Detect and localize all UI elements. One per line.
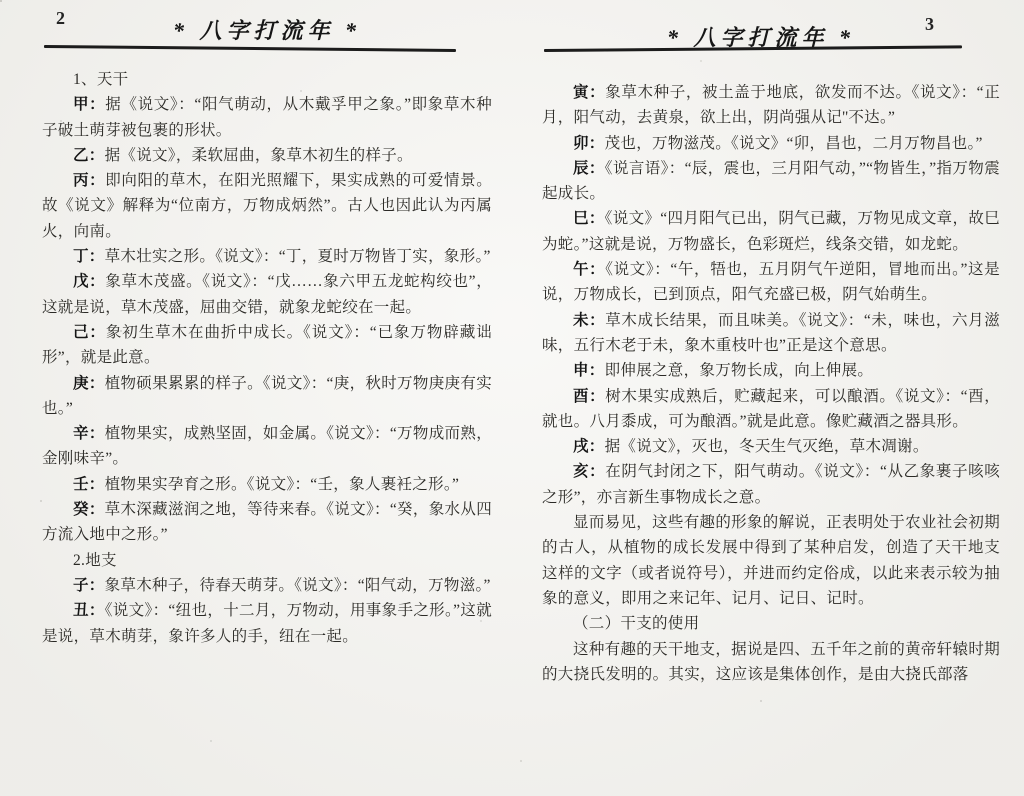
paragraph: 酉：树木果实成熟后，贮藏起来，可以酿酒。《说文》：“酉，就也。八月黍成，可为酿酒… [542, 384, 1000, 435]
paragraph: 壬：植物果实孕育之形。《说文》：“壬，象人裹衽之形。” [42, 472, 492, 497]
term-label: 己： [73, 324, 106, 341]
book-spread: 2 * 八字打流年 * 1、天干甲：据《说文》：“阳气萌动，从木戴孚甲之象。”即… [0, 0, 1024, 796]
term-label: 申： [573, 362, 605, 379]
paragraph: 巳：《说文》“四月阳气已出，阴气已藏，万物见成文章，故巳为蛇。”这就是说，万物盛… [542, 206, 1000, 257]
term-label: 午： [573, 261, 605, 278]
page-right-body: 寅：象草木种子，被土盖于地底，欲发而不达。《说文》：“正月，阳气动，去黄泉，欲上… [542, 58, 1000, 687]
paragraph: 乙：据《说文》，柔软屈曲，象草木初生的样子。 [42, 143, 492, 168]
paragraph: 申：即伸展之意，象万物长成，向上伸展。 [542, 358, 1000, 383]
paragraph: 卯：茂也，万物滋茂。《说文》“卯，昌也，二月万物昌也。” [542, 131, 1000, 156]
term-label: 壬： [73, 476, 105, 493]
paragraph: 丑：《说文》：“纽也，十二月，万物动，用事象手之形。”这就是说，草木萌芽，象许多… [42, 598, 492, 649]
page-left-body: 1、天干甲：据《说文》：“阳气萌动，从木戴孚甲之象。”即象草木种子破土萌芽被包裹… [42, 58, 492, 649]
paragraph: 寅：象草木种子，被土盖于地底，欲发而不达。《说文》：“正月，阳气动，去黄泉，欲上… [542, 80, 1000, 131]
page-left-header: 2 * 八字打流年 * [42, 0, 492, 58]
header-rule-left [44, 45, 456, 52]
paragraph: 己：象初生草木在曲折中成长。《说文》：“已象万物辟藏诎形”，就是此意。 [42, 320, 492, 371]
book-title-left: * 八字打流年 * [42, 14, 492, 45]
term-label: 丁： [73, 248, 105, 265]
paragraph: 甲：据《说文》：“阳气萌动，从木戴孚甲之象。”即象草木种子破土萌芽被包裹的形状。 [42, 92, 492, 143]
paragraph: 庚：植物硕果累累的样子。《说文》：“庚，秋时万物庚庚有实也。” [42, 371, 492, 422]
term-label: 乙： [73, 147, 105, 164]
term-label: 酉： [573, 388, 605, 405]
paragraph: 癸：草木深藏滋润之地，等待来春。《说文》：“癸，象水从四方流入地中之形。” [42, 497, 492, 548]
term-label: 辰： [573, 160, 605, 177]
paragraph: 1、天干 [42, 67, 492, 92]
paragraph: 辰：《说言语》：“辰，震也，三月阳气动，”“物皆生，”指万物震起成长。 [542, 156, 1000, 207]
term-label: 戌： [573, 438, 605, 455]
paragraph: （二）干支的使用 [542, 611, 1000, 636]
paragraph: 2.地支 [42, 548, 492, 573]
term-label: 癸： [73, 501, 105, 518]
paragraph: 未：草木成长结果，而且味美。《说文》：“未，味也，六月滋味，五行木老于未，象木重… [542, 308, 1000, 359]
paragraph: 显而易见，这些有趣的形象的解说，正表明处于农业社会初期的古人，从植物的成长发展中… [542, 510, 1000, 611]
term-label: 未： [573, 312, 605, 329]
term-label: 丑： [73, 602, 105, 619]
term-label: 寅： [573, 84, 605, 101]
term-label: 甲： [73, 96, 105, 113]
paragraph: 亥：在阴气封闭之下，阳气萌动。《说文》：“从乙象裹子咳咳之形”，亦言新生事物成长… [542, 459, 1000, 510]
scan-speckles [0, 0, 2, 2]
page-number-right: 3 [925, 14, 934, 35]
paragraph: 丙：即向阳的草木，在阳光照耀下，果实成熟的可爱情景。故《说文》解释为“位南方，万… [42, 168, 492, 244]
term-label: 戊： [73, 273, 105, 290]
page-left: 2 * 八字打流年 * 1、天干甲：据《说文》：“阳气萌动，从木戴孚甲之象。”即… [42, 0, 492, 649]
paragraph: 辛：植物果实，成熟坚固，如金属。《说文》：“万物成而熟，金刚味辛”。 [42, 421, 492, 472]
page-right: * 八字打流年 * 3 寅：象草木种子，被土盖于地底，欲发而不达。《说文》：“正… [542, 0, 1000, 687]
paragraph: 子：象草木种子，待春天萌芽。《说文》：“阳气动，万物滋。” [42, 573, 492, 598]
term-label: 丙： [73, 172, 105, 189]
paragraph: 这种有趣的天干地支，据说是四、五千年之前的黄帝轩辕时期的大挠氏发明的。其实，这应… [542, 637, 1000, 688]
term-label: 辛： [73, 425, 105, 442]
paragraph: 丁：草木壮实之形。《说文》：“丁，夏时万物皆丁实，象形。” [42, 244, 492, 269]
term-label: 庚： [73, 375, 105, 392]
term-label: 亥： [573, 463, 605, 480]
term-label: 子： [73, 577, 105, 594]
paragraph: 午：《说文》：“午，牾也，五月阴气午逆阳，冒地而出。”这是说，万物成长，已到顶点… [542, 257, 1000, 308]
paragraph: 戊：象草木茂盛。《说文》：“戊……象六甲五龙蛇构绞也”，这就是说，草木茂盛，屈曲… [42, 269, 492, 320]
term-label: 巳： [573, 210, 605, 227]
page-right-header: * 八字打流年 * 3 [542, 0, 1000, 58]
term-label: 卯： [573, 135, 605, 152]
paragraph: 戌：据《说文》，灭也，冬天生气灭绝，草木凋谢。 [542, 434, 1000, 459]
